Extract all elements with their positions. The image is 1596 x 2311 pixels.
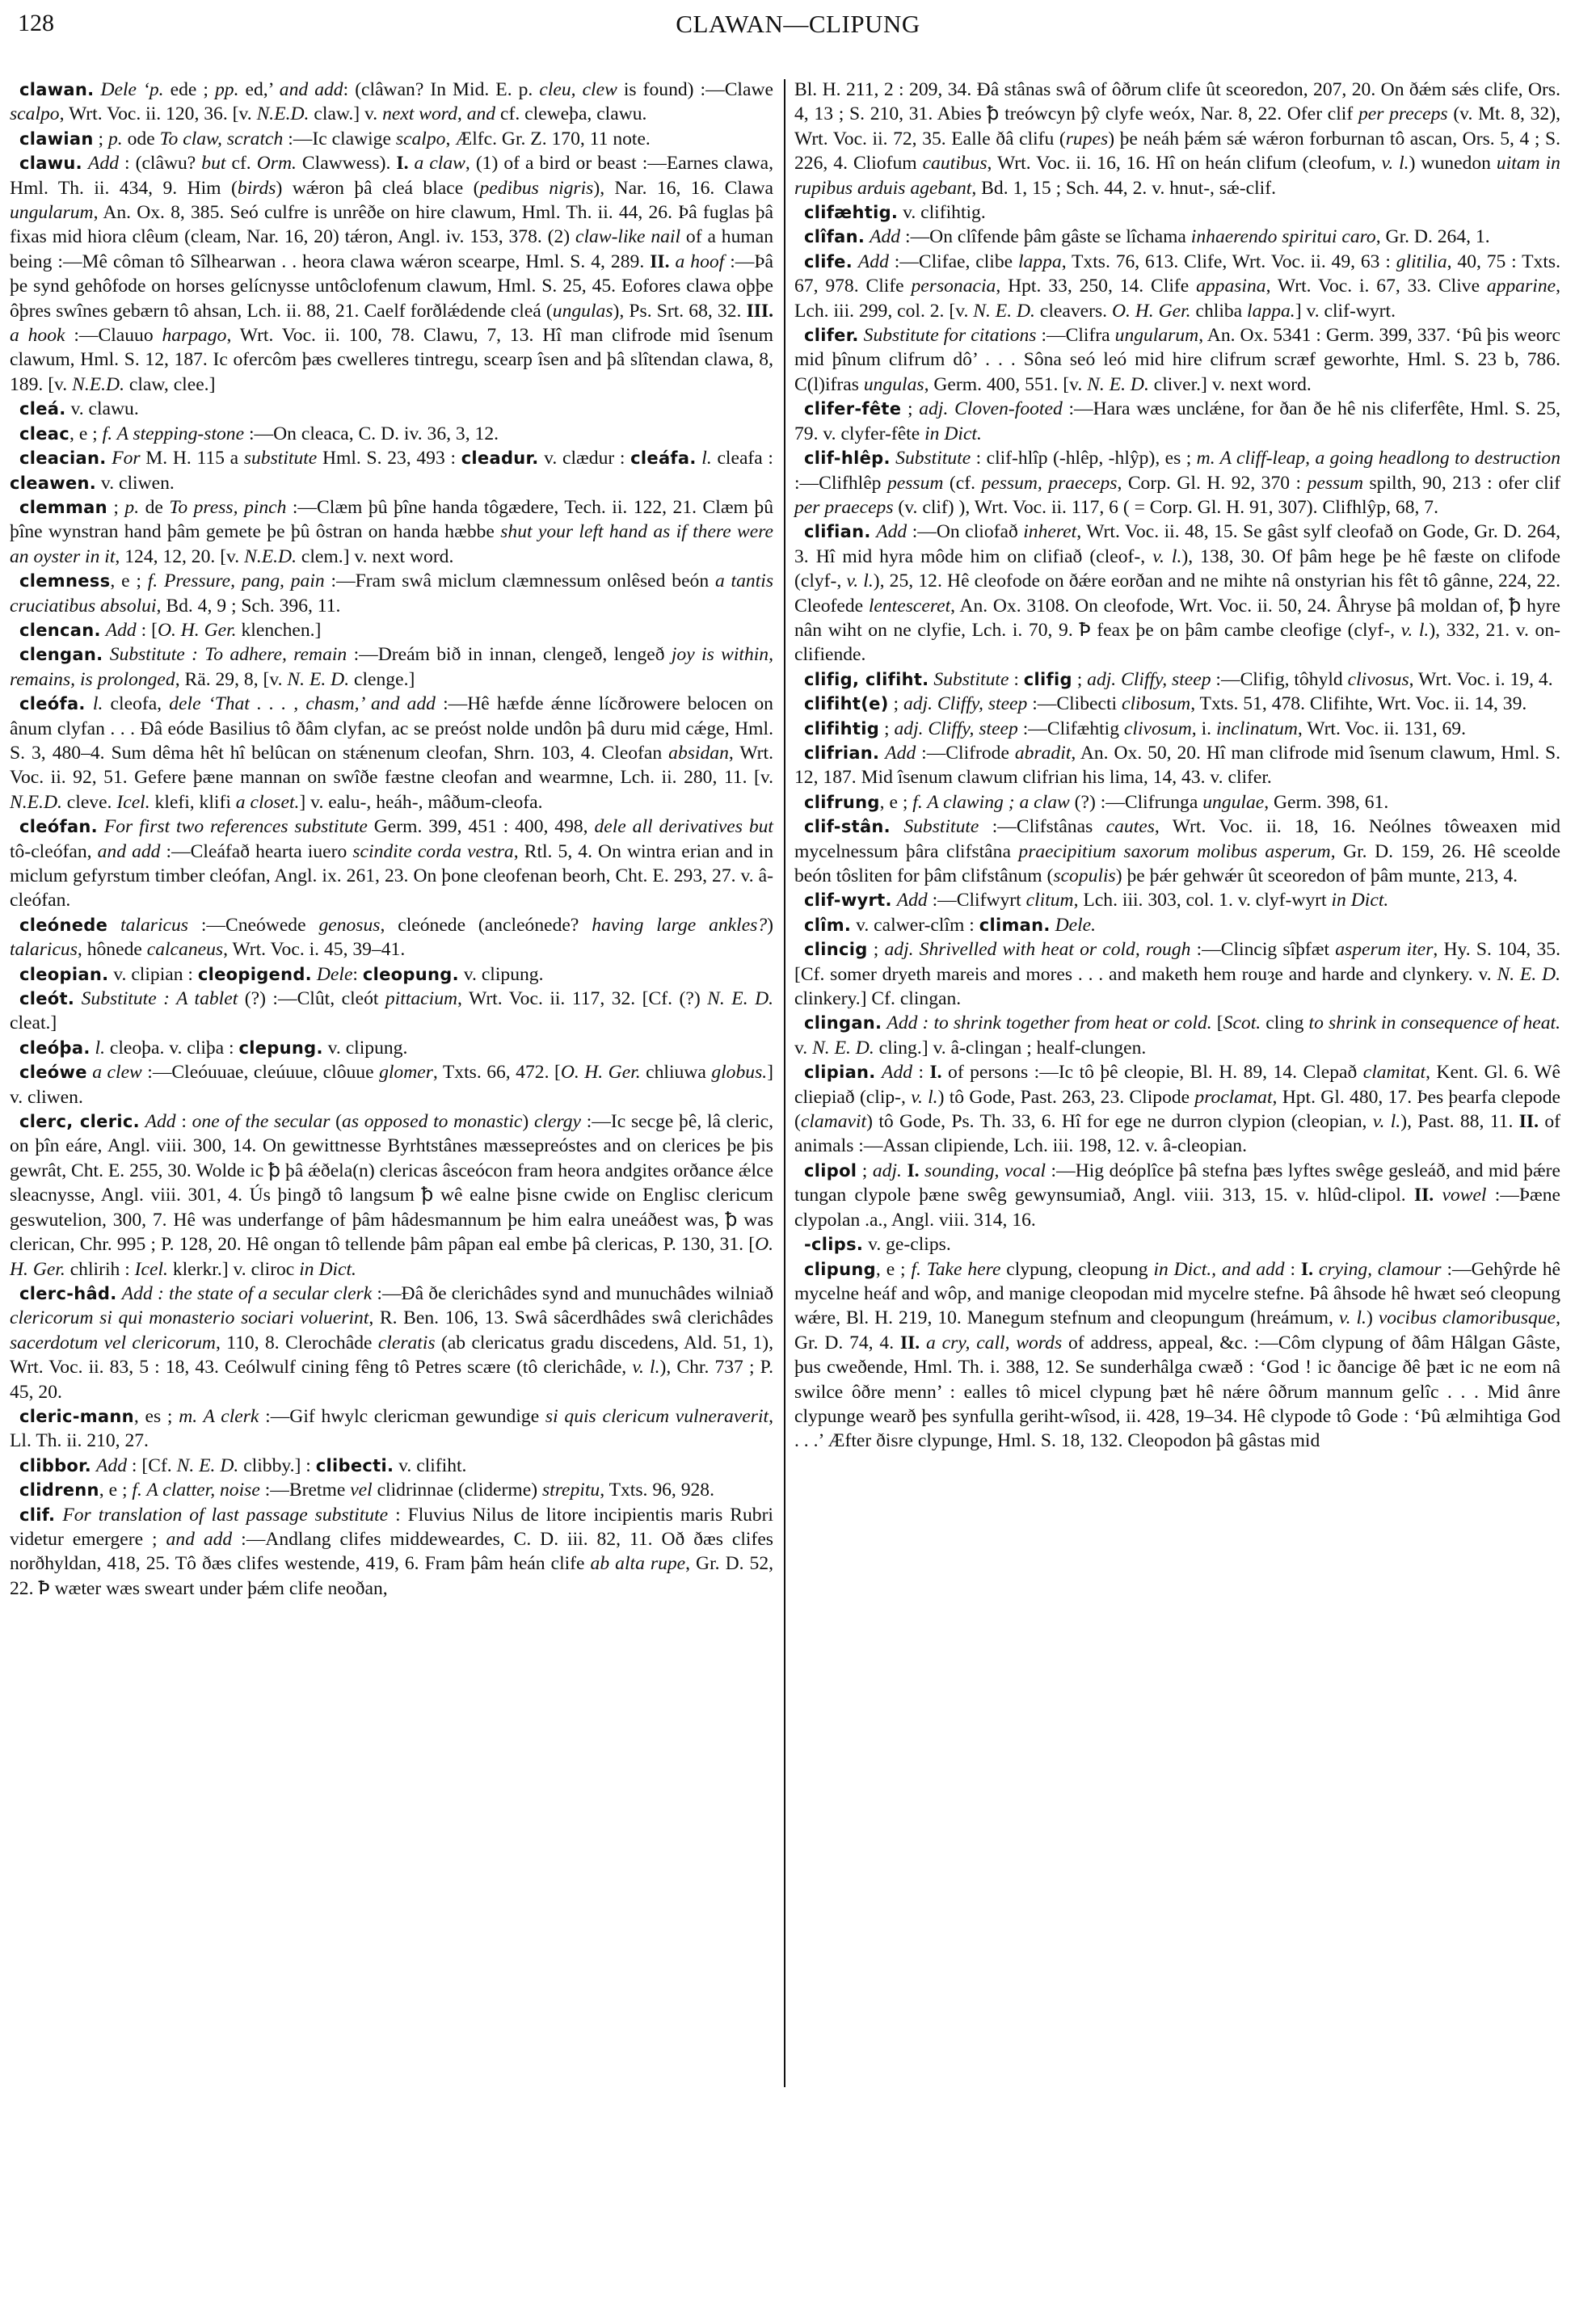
entry-text: ) þe þǽr gehwǽr ût sceoredon of þâm munt… [1116,865,1518,886]
entry-text: ] v. clif-wyrt. [1295,301,1396,322]
dictionary-entry: clifer. Substitute for citations :—Clifr… [794,323,1560,397]
entry-text: spilth, 90, 213 : ofer clif [1363,473,1560,494]
entry-text: appasina [1196,276,1266,297]
entry-text: M. H. 115 a [141,448,244,469]
entry-text: :—Clincig sîþfæt [1190,939,1335,960]
entry-text: ; [94,128,108,149]
entry-text: next word, and [382,103,495,124]
entry-text: :—Cleóuuae, cleúuue, clôuue [142,1062,379,1083]
headword: clifæhtig. [804,203,898,222]
dictionary-entry: clingan. Add : to shrink together from h… [794,1011,1560,1060]
entry-text: Add [876,521,907,542]
entry-text: Add [145,1111,176,1132]
dictionary-entry: clîfan. Add :—On clîfende þâm gâste se l… [794,225,1560,249]
entry-text: O. H. Ger. [158,620,237,641]
entry-text: :—Clifae, clibe [889,251,1018,272]
entry-text: adj. Cloven-footed [919,398,1062,419]
entry-text: , cleónede (ancleónede? [380,915,592,936]
entry-text: II. [1519,1111,1539,1132]
entry-text: claw.] v. [309,103,382,124]
entry-text: Substitute [933,669,1009,690]
headword: clif. [19,1505,55,1525]
entry-text: : [176,1111,192,1132]
entry-text: is found) :—Clawe [617,79,773,100]
entry-text: a cry, call, words [926,1332,1062,1353]
entry-text: For translation of last passage substitu… [62,1505,388,1526]
dictionary-entry: clawan. Dele ‘p. ede ; pp. ed,’ and add:… [10,78,773,127]
entry-text: pessum [1308,473,1363,494]
entry-text: vel [350,1480,373,1501]
entry-text: cleoþa. v. cliþa : [105,1038,239,1059]
entry-text: p. [108,128,123,149]
entry-text: in Dict., and add [1153,1259,1284,1280]
entry-text: ; [1072,669,1087,690]
entry-text: v. l. [1152,546,1181,567]
entry-text: : [Cf. [127,1455,177,1476]
entry-text: N.E.D. [244,546,297,567]
headword: clîm. [804,916,851,935]
entry-text: adj. Shrivelled with heat or cold, rough [884,939,1190,960]
headword: clife. [804,252,853,272]
entry-text: , Bd. 1, 15 ; Sch. 44, 2. v. hnut-, sǽ-c… [971,178,1276,199]
entry-text: chliba [1191,301,1247,322]
dictionary-entry: cleóþa. l. cleoþa. v. cliþa : clepung. v… [10,1036,773,1060]
dictionary-entry: clibbor. Add : [Cf. N. E. D. clibby.] : … [10,1454,773,1478]
entry-text: ) tô Gode, Ps. Th. 33, 6. Hî for ege ne … [866,1111,1373,1132]
dictionary-entry: cleówe a clew :—Cleóuuae, cleúuue, clôuu… [10,1060,773,1109]
left-column: clawan. Dele ‘p. ede ; pp. ed,’ and add:… [10,78,773,1601]
entry-text: , Wrt. Voc. ii. 131, 69. [1298,718,1466,739]
headword: clerc-hâd. [19,1284,117,1303]
entry-text [876,1062,882,1083]
entry-text: chliuwa [641,1062,712,1083]
entry-text: cleofa, [103,693,169,714]
entry-text: sacerdotum vel clericorum [10,1332,216,1353]
entry-text [140,1111,145,1132]
headword: clifig, clifiht. [804,670,929,689]
entry-text [98,816,104,837]
dictionary-entry: clincig ; adj. Shrivelled with heat or c… [794,937,1560,1011]
dictionary-entry: clifiht(e) ; adj. Cliffy, steep :—Clibec… [794,692,1560,716]
entry-text: :—Cneówede [188,915,318,936]
dictionary-entry: clencan. Add : [O. H. Ger. klenchen.] [10,618,773,642]
entry-text: ungularum [1115,325,1199,346]
headword: clif-stân. [804,817,891,836]
entry-text: in Dict. [1332,890,1389,911]
entry-text: Icel. [135,1259,168,1280]
headword: clibbor. [19,1456,91,1475]
entry-text: :—Gif hwylc clericman gewundige [259,1406,545,1427]
entry-text [82,153,88,174]
headword: clifihtig [804,719,879,739]
entry-text: v. l. [846,570,873,591]
entry-text: ; [879,718,894,739]
entry-text: v. [794,1038,812,1059]
entry-text: of persons :—Ic tô þê cleopie, Bl. H. 89… [942,1062,1363,1083]
dictionary-entry: clifrung, e ; f. A clawing ; a claw (?) … [794,790,1560,815]
entry-text: N. E. D. [707,988,773,1009]
dictionary-entry: clawian ; p. ode To claw, scratch :—Ic c… [10,127,773,151]
entry-text [408,153,414,174]
entry-text: For first two references substitute [104,816,368,837]
entry-text: :—Clauuo [65,325,162,346]
dictionary-entry: clif-stân. Substitute :—Clifstânas caute… [794,815,1560,888]
entry-text: Add [88,153,119,174]
headword: clipol [804,1161,857,1181]
entry-text: clidrinnae (cliderme) [373,1480,542,1501]
entry-text: :—Ic clawige [283,128,396,149]
entry-text: m. A clerk [179,1406,259,1427]
headword: clif-hlêp. [804,448,891,468]
entry-text: N. E. D. [973,301,1035,322]
entry-text: :—Clifig, tôhyld [1211,669,1348,690]
entry-text: O. H. Ger. [561,1062,641,1083]
entry-text: and add [166,1529,233,1550]
entry-text: :—Dreám bið in innan, clengeð, lengeð [347,644,672,665]
entry-text: : [352,964,362,985]
headword: cleopigend. [198,965,312,984]
headword: -clips. [804,1235,863,1254]
entry-text: , R. Ben. 106, 13. Swâ sâcerdhâdes swâ c… [368,1307,773,1328]
entry-text: :—Fram swâ miclum clæmnessum onlêsed beó… [325,570,715,591]
entry-text: I. [907,1160,919,1181]
entry-text: cleratis [378,1332,436,1353]
entry-text: v. l. [1373,1111,1400,1132]
headword: clipian. [804,1063,876,1082]
entry-text: f. A clawing ; a claw [912,792,1069,813]
entry-text: claw-like nail [575,226,680,247]
entry-text: having large ankles? [592,915,767,936]
entry-text: v. clipung. [459,964,544,985]
headword: cleófa. [19,694,86,714]
entry-text: : [1285,1259,1301,1280]
entry-text: Substitute for citations [864,325,1037,346]
entry-text: , Wrt. Voc. ii. 120, 36. [v. [60,103,257,124]
entry-text: v. cliwen. [96,473,175,494]
entry-text: dele ‘That . . . , chasm,’ and add [169,693,436,714]
entry-text: pittacium [385,988,457,1009]
entry-text: , 110, 8. Clerochâde [216,1332,378,1353]
entry-text: to shrink in consequence of heat. [1309,1012,1560,1033]
entry-text: praecipitium saxorum molibus asperum [1018,841,1330,862]
dictionary-entry: clif. For translation of last passage su… [10,1503,773,1602]
entry-text: lentesceret [869,596,950,617]
headword: cleric-mann [19,1407,134,1426]
entry-text: ), Ps. Srt. 68, 32. [613,301,747,322]
entry-text: ungularum [10,202,94,223]
dictionary-entry: clipol ; adj. I. sounding, vocal :—Hig d… [794,1159,1560,1232]
entry-text: talaricus [120,915,188,936]
entry-text: ungulae [1202,792,1264,813]
entry-text: :—Bretme [260,1480,350,1501]
headword: cleá. [19,399,66,419]
headword: clifrung [804,793,880,812]
headword: clawian [19,129,94,149]
entry-text: Add : to shrink together from heat or co… [886,1012,1211,1033]
entry-text: :—Ic secge þê, lâ cleric, on þîn eáre, A… [10,1111,773,1255]
entry-text [891,816,903,837]
entry-text: ab alta rupe [591,1553,686,1574]
entry-text: ; [868,939,885,960]
entry-text: v. clipian : [108,964,198,985]
entry-text: To claw, scratch [160,128,284,149]
entry-text: as opposed to monastic [342,1111,522,1132]
dictionary-entry: clipian. Add : I. of persons :—Ic tô þê … [794,1060,1560,1159]
dictionary-entry: clifihtig ; adj. Cliffy, steep :—Clifæht… [794,717,1560,741]
entry-text: [ [1212,1012,1223,1033]
entry-text: , Wrt. Voc. i. 67, 33. Clive [1266,276,1487,297]
entry-text [1313,1259,1319,1280]
entry-text [853,251,858,272]
dictionary-entry: clawu. Add : (clâwu? but cf. Orm. Clawwe… [10,151,773,397]
entry-text: birds [238,178,276,199]
entry-text: l. [93,693,103,714]
entry-text: in Dict. [299,1259,356,1280]
column-divider [784,79,785,2087]
entry-text: v. clifihtig. [898,202,986,223]
entry-text: , e ; [99,1480,133,1501]
dictionary-entry: cleá. v. clawu. [10,397,773,421]
entry-text: chlirih : [65,1259,135,1280]
entry-text: ) [522,1111,534,1132]
entry-text: klerkr.] v. cliroc [168,1259,299,1280]
entry-text: a hook [10,325,65,346]
entry-text: v. l. [1382,153,1409,174]
entry-text: Dele ‘p. [100,79,163,100]
entry-text: v. l. [911,1087,937,1108]
entry-text: inheret [1023,521,1076,542]
entry-text: clitum [1026,890,1074,911]
entry-text: v. l. [1401,620,1430,641]
entry-text: ; [107,497,125,518]
entry-text: Scot. [1223,1012,1261,1033]
entry-text: : [ [137,620,158,641]
headword: clengan. [19,645,103,664]
entry-text: Dele [317,964,353,985]
entry-text: Add [858,251,889,272]
entry-text: (v. clif) ), Wrt. Voc. ii. 117, 6 ( = Co… [894,497,1438,518]
entry-text: but [201,153,225,174]
entry-text: scalpo [10,103,60,124]
entry-text: scopulis [1053,865,1115,886]
entry-text: asperum iter [1335,939,1433,960]
entry-text: , Txts. 96, 928. [600,1480,714,1501]
headword: clifian. [804,522,871,541]
entry-text: , e ; [880,792,913,813]
dictionary-entry: cleric-mann, es ; m. A clerk :—Gif hwylc… [10,1404,773,1454]
entry-text: : [912,1062,929,1083]
entry-text: , Germ. 398, 61. [1264,792,1388,813]
entry-text: f. Take here [911,1259,1000,1280]
headword: clincig [804,940,868,959]
entry-text: III. [747,301,773,322]
entry-text: Add [106,620,137,641]
dictionary-entry: clerc-hâd. Add : the state of a secular … [10,1282,773,1404]
entry-text: Add [96,1455,127,1476]
entry-text: per praeceps [794,497,894,518]
entry-text: :—Clifhlêp [794,473,887,494]
headword: cleówe [19,1063,87,1082]
headword: clibecti. [316,1456,394,1475]
entry-text: , Gr. D. 264, 1. [1376,226,1490,247]
entry-text: adj. Cliffy, steep [903,693,1027,714]
headword: clidrenn [19,1480,99,1500]
entry-text: genosus [318,915,380,936]
entry-text: cleavers. [1035,301,1112,322]
entry-text: Dele. [1055,915,1096,936]
entry-text: scalpo [396,128,446,149]
entry-text [74,988,81,1009]
entry-text: inhaerendo spiritui caro [1191,226,1376,247]
headword: clîfan. [804,227,865,246]
entry-text: ) [1366,1307,1379,1328]
entry-text: apparine [1487,276,1556,297]
dictionary-entry: -clips. v. ge-clips. [794,1232,1560,1257]
entry-text: ) wǽron þâ cleá blace ( [276,178,479,199]
entry-text [103,644,109,665]
entry-text: , i. [1192,718,1216,739]
entry-text: v. clifiht. [394,1455,466,1476]
entry-text: lappa. [1247,301,1295,322]
entry-text: For [112,448,140,469]
headword: cleófan. [19,817,98,836]
headword: climan. [979,916,1051,935]
entry-text: cliver.] v. next word. [1149,374,1312,395]
dictionary-entry: clifig, clifiht. Substitute : clifig ; a… [794,667,1560,692]
headword: cleónede [19,916,107,935]
entry-text: : [1009,669,1023,690]
entry-text: l. [701,448,711,469]
entry-text: Add [870,226,900,247]
running-title: CLAWAN—CLIPUNG [18,10,1578,39]
dictionary-entry: clidrenn, e ; f. A clatter, noise :—Bret… [10,1478,773,1502]
entry-text: lappa [1018,251,1062,272]
entry-text: ) tô Gode, Past. 263, 23. Clipode [938,1087,1195,1108]
entry-text: vocibus clamoribusque [1379,1307,1556,1328]
entry-text: pessum, praeceps [981,473,1117,494]
entry-text: adj. Cliffy, steep [894,718,1017,739]
entry-text: klenchen.] [237,620,322,641]
entry-text: absidan [668,743,729,764]
entry-text: O. H. Ger. [1112,301,1191,322]
headword: clifer. [804,326,859,345]
entry-text: , e ; [876,1259,912,1280]
entry-text: :—On cliofað [907,521,1023,542]
entry-text: cf. cleweþa, clawu. [495,103,646,124]
dictionary-entry: clemness, e ; f. Pressure, pang, pain :—… [10,569,773,618]
entry-text: , Wrt. Voc. ii. 117, 32. [Cf. (?) [457,988,707,1009]
entry-text: clamitat [1363,1062,1425,1083]
dictionary-entry: cleac, e ; f. A stepping-stone :—On clea… [10,422,773,446]
headword: clemman [19,498,107,517]
entry-text: ode [123,128,160,149]
entry-text: abradit [1015,743,1071,764]
headword: clencan. [19,621,101,640]
entry-text [55,1505,62,1526]
entry-text: harpago [162,325,226,346]
dictionary-entry: cleopian. v. clipian : cleopigend. Dele:… [10,962,773,987]
entry-text: cleu, clew [539,79,617,100]
right-column: Bl. H. 211, 2 : 209, 34. Ðâ stânas swâ o… [794,78,1560,1454]
entry-text: de [139,497,169,518]
dictionary-entry: cleófan. For first two references substi… [10,815,773,913]
entry-text: clivosus [1348,669,1409,690]
entry-text: clericorum si qui monasterio sociari vol… [10,1307,368,1328]
entry-text: v. calwer-clîm : [851,915,979,936]
entry-text: a hoof [675,251,724,272]
entry-text: ; [857,1160,873,1181]
entry-text: pessum [887,473,943,494]
entry-text: , e ; [110,570,147,591]
entry-text: , Txts. 51, 478. Clifihte, Wrt. Voc. ii.… [1190,693,1527,714]
dictionary-entry: cleónede talaricus :—Cneówede genosus, c… [10,913,773,962]
entry-text: a clew [92,1062,142,1083]
entry-text: v. clipung. [323,1038,408,1059]
entry-text: strepitu [542,1480,600,1501]
entry-text: one of the secular [192,1111,331,1132]
entry-text: :—Clibecti [1027,693,1122,714]
entry-text: v. l. [632,1357,659,1378]
entry-text: Clawwess). [297,153,396,174]
entry-text: Icel. [116,792,149,813]
entry-text: clinkery.] Cf. clingan. [794,988,961,1009]
entry-text: and add [98,841,161,862]
entry-text: II. [1414,1185,1434,1206]
dictionary-entry: clemman ; p. de To press, pinch :—Clæm þ… [10,495,773,569]
entry-text: :—Clifwyrt [928,890,1026,911]
headword: clerc, cleric. [19,1112,140,1131]
headword: clifig [1024,670,1072,689]
entry-text: ed,’ [238,79,279,100]
entry-text: ; [901,398,919,419]
entry-text: , Hpt. 33, 250, 14. Clife [996,276,1196,297]
dictionary-entry: clifrian. Add :—Clifrode abradit, An. Ox… [794,741,1560,790]
entry-text: :—On clîfende þâm gâste se lîchama [900,226,1191,247]
dictionary-entry: clîm. v. calwer-clîm : climan. Dele. [794,913,1560,937]
entry-text: clivosum [1124,718,1192,739]
entry-text: :—Ðâ ðe clerichâdes synd and munuchâdes … [372,1283,773,1304]
entry-text: N. E. D. [1497,964,1560,985]
entry-text: , e ; [69,423,103,444]
entry-text: claw, clee.] [124,374,215,395]
entry-text: Orm. [257,153,297,174]
entry-text: :—Cleáfað hearta iuero [160,841,352,862]
entry-text: clamavit [801,1111,866,1132]
headword: clifiht(e) [804,694,889,714]
entry-text: personacia [912,276,996,297]
entry-text: :—Clifæhtig [1018,718,1124,739]
entry-text: calcaneus [147,939,223,960]
entry-text: To press, pinch [169,497,286,518]
entry-text: talaricus [10,939,78,960]
entry-text: pp. [215,79,239,100]
entry-text: adj. Cliffy, steep [1087,669,1211,690]
headword: cleóþa. [19,1038,91,1058]
headword: cleacian. [19,448,107,468]
entry-text: and add [280,79,343,100]
entry-text: proclamat [1194,1087,1272,1108]
entry-text [86,693,93,714]
entry-text: Add : the state of a secular clerk [122,1283,372,1304]
entry-text: f. A clatter, noise [132,1480,259,1501]
entry-text: II. [650,251,669,272]
entry-text: m. A cliff-leap, a going headlong to des… [1197,448,1560,469]
entry-text: adj. [873,1160,902,1181]
entry-text: ungulas [864,374,924,395]
entry-text: : (clâwan? In Mid. E. p. [343,79,540,100]
entry-text: Substitute : To adhere, remain [110,644,347,665]
entry-text: (?) :—Clifrunga [1070,792,1202,813]
